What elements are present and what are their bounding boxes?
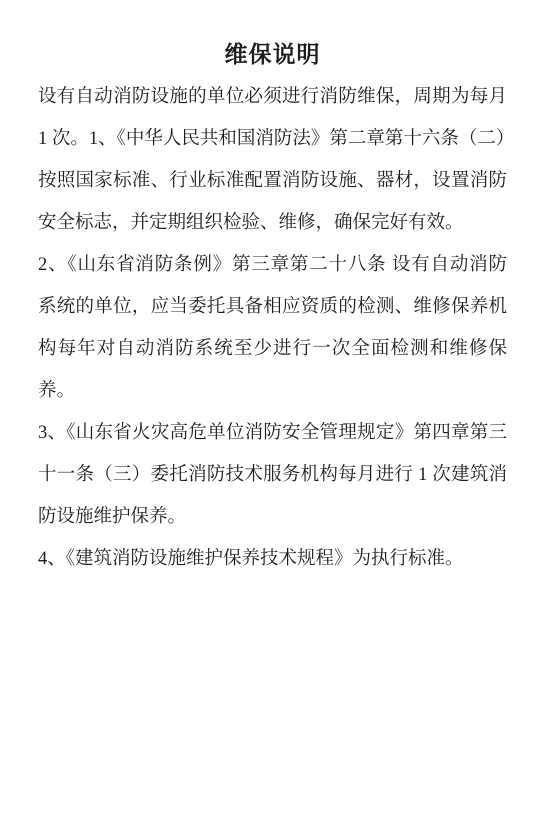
paragraph: 3、《山东省火灾高危单位消防安全管理规定》第四章第三十一条（三）委托消防技术服务…: [38, 412, 507, 538]
paragraph: 4、《建筑消防设施维护保养技术规程》为执行标准。: [38, 538, 507, 580]
text-line: 十一条（三）委托消防技术服务机构每月进行 1 次建筑消: [38, 454, 507, 496]
paragraph: 2、《山东省消防条例》第三章第二十八条 设有自动消防系统的单位，应当委托具备相应…: [38, 244, 507, 412]
text-line: 按照国家标准、行业标准配置消防设施、器材，设置消防: [38, 160, 507, 202]
text-line: 安全标志，并定期组织检验、维修，确保完好有效。: [38, 202, 507, 244]
text-line: 设有自动消防设施的单位必须进行消防维保，周期为每月: [38, 76, 507, 118]
document-body: 设有自动消防设施的单位必须进行消防维保，周期为每月1 次。1、《中华人民共和国消…: [38, 76, 507, 580]
text-line: 系统的单位，应当委托具备相应资质的检测、维修保养机: [38, 286, 507, 328]
text-line: 防设施维护保养。: [38, 496, 507, 538]
text-line: 构每年对自动消防系统至少进行一次全面检测和维修保: [38, 328, 507, 370]
document-page: 维保说明 设有自动消防设施的单位必须进行消防维保，周期为每月1 次。1、《中华人…: [0, 0, 543, 823]
document-title: 维保说明: [38, 34, 507, 76]
paragraph: 设有自动消防设施的单位必须进行消防维保，周期为每月1 次。1、《中华人民共和国消…: [38, 76, 507, 244]
text-line: 养。: [38, 370, 507, 412]
text-line: 2、《山东省消防条例》第三章第二十八条 设有自动消防: [38, 244, 507, 286]
text-line: 3、《山东省火灾高危单位消防安全管理规定》第四章第三: [38, 412, 507, 454]
text-line: 4、《建筑消防设施维护保养技术规程》为执行标准。: [38, 538, 507, 580]
text-line: 1 次。1、《中华人民共和国消防法》第二章第十六条（二）: [38, 118, 507, 160]
